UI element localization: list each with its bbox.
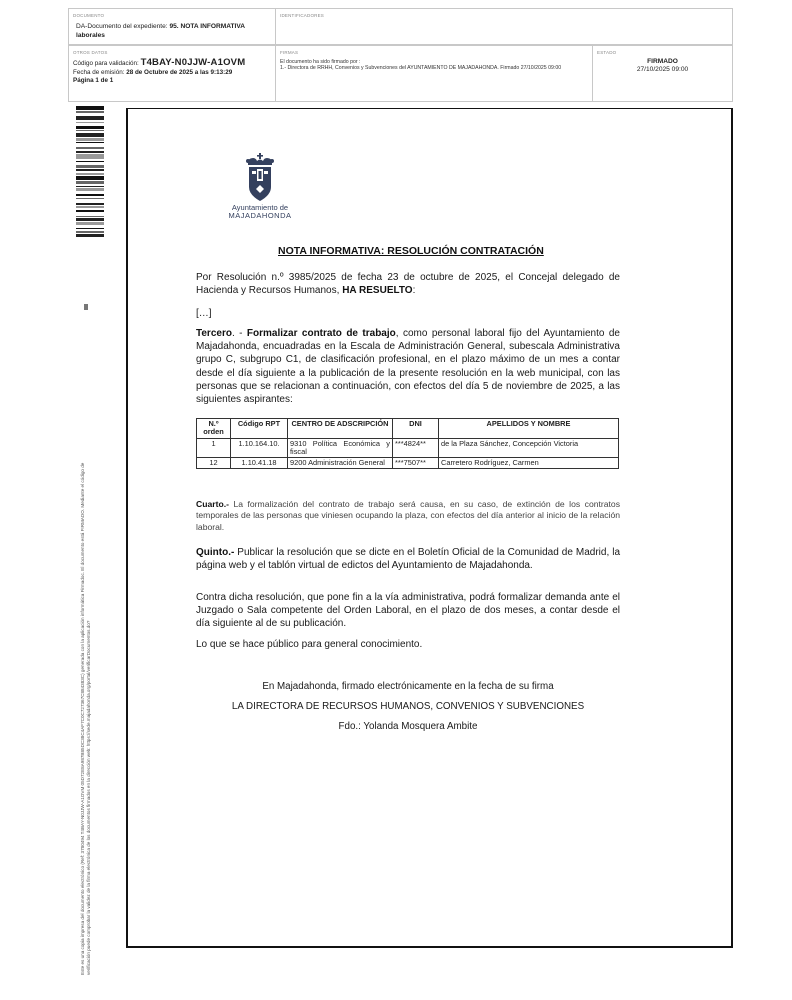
- emission-date-line: Fecha de emisión: 28 de Octubre de 2025 …: [73, 69, 245, 78]
- estado-label: ESTADO: [597, 50, 616, 55]
- status-badge: FIRMADO: [593, 58, 732, 66]
- firmas-line-2: 1.- Directora de RRHH, Convenios y Subve…: [280, 65, 586, 71]
- tercero-text: , como personal laboral fijo del Ayuntam…: [196, 328, 620, 405]
- firmas-cell: FIRMAS El documento ha sido firmado por …: [275, 46, 592, 102]
- cuarto-text: La formalización del contrato de trabajo…: [196, 499, 620, 532]
- ellipsis: […]: [196, 307, 620, 320]
- otros-datos-text: Código para validación: T4BAY-N0JJW-A1OV…: [73, 59, 245, 86]
- verification-line-2: verificación puede comprobar la validez …: [86, 295, 92, 975]
- otros-datos-label: OTROS DATOS: [73, 50, 108, 55]
- emission-value: 28 de Octubre de 2025 a las 9:13:29: [126, 69, 232, 76]
- tercero-label: Tercero: [196, 328, 232, 339]
- metadata-row-document: DOCUMENTO DA-Documento del expediente: 9…: [69, 9, 732, 45]
- cell-nombre: de la Plaza Sánchez, Concepción Victoria: [439, 438, 619, 458]
- intro-paragraph: Por Resolución n.º 3985/2025 de fecha 23…: [196, 271, 620, 297]
- cell-dni: ***4824**: [393, 438, 439, 458]
- col-header-dni: DNI: [393, 419, 439, 439]
- validation-label: Código para validación:: [73, 60, 141, 67]
- page-info-text: Página 1 de 1: [73, 77, 113, 84]
- estado-cell: ESTADO FIRMADO 27/10/2025 09:00: [592, 46, 732, 102]
- status-date: 27/10/2025 09:00: [637, 66, 688, 73]
- barcode-icon: [76, 106, 104, 276]
- emission-label: Fecha de emisión:: [73, 69, 126, 76]
- identificadores-label: IDENTIFICADORES: [280, 13, 324, 18]
- otros-datos-cell: OTROS DATOS Código para validación: T4BA…: [69, 46, 275, 102]
- col-header-nombre: APELLIDOS Y NOMBRE: [439, 419, 619, 439]
- document-title-prefix: DA-Documento del expediente:: [76, 23, 169, 30]
- document-title: DA-Documento del expediente: 95. NOTA IN…: [76, 23, 266, 40]
- signature-place-line: En Majadahonda, firmado electrónicamente…: [196, 681, 620, 692]
- tercero-paragraph: Tercero. - Formalizar contrato de trabaj…: [196, 327, 620, 406]
- verification-vertical-text: Este es una copia impresa del documento …: [80, 295, 91, 975]
- page-title: NOTA INFORMATIVA: RESOLUCIÓN CONTRATACIÓ…: [278, 245, 544, 257]
- appeal-paragraph: Contra dicha resolución, que pone fin a …: [196, 591, 620, 631]
- cell-rpt: 1.10.41.18: [231, 458, 288, 469]
- coat-of-arms-icon: [240, 153, 280, 203]
- validation-code-line: Código para validación: T4BAY-N0JJW-A1OV…: [73, 59, 245, 69]
- cell-dni: ***7507**: [393, 458, 439, 469]
- estado-text: FIRMADO 27/10/2025 09:00: [593, 58, 732, 74]
- cell-orden: 1: [197, 438, 231, 458]
- table-row: 12 1.10.41.18 9200 Administración Genera…: [197, 458, 619, 469]
- firmas-label: FIRMAS: [280, 50, 298, 55]
- metadata-row-details: OTROS DATOS Código para validación: T4BA…: [69, 46, 732, 102]
- table-row: 1 1.10.164.10. 9310 Política Económica y…: [197, 438, 619, 458]
- cuarto-label: Cuarto.-: [196, 499, 229, 509]
- aspirantes-table: N.º orden Código RPT CENTRO DE ADSCRIPCI…: [196, 418, 619, 469]
- table-header-row: N.º orden Código RPT CENTRO DE ADSCRIPCI…: [197, 419, 619, 439]
- signatory-name: Fdo.: Yolanda Mosquera Ambite: [196, 721, 620, 732]
- cell-orden: 12: [197, 458, 231, 469]
- cell-rpt: 1.10.164.10.: [231, 438, 288, 458]
- validation-code: T4BAY-N0JJW-A1OVM: [141, 57, 246, 68]
- public-notice-paragraph: Lo que se hace público para general cono…: [196, 638, 620, 651]
- col-header-rpt: Código RPT: [231, 419, 288, 439]
- quinto-paragraph: Quinto.- Publicar la resolución que se d…: [196, 546, 620, 572]
- signatory-title: LA DIRECTORA DE RECURSOS HUMANOS, CONVEN…: [196, 701, 620, 712]
- document-metadata-box: DOCUMENTO DA-Documento del expediente: 9…: [68, 8, 733, 102]
- cuarto-paragraph: Cuarto.- La formalización del contrato d…: [196, 499, 620, 533]
- quinto-text: Publicar la resolución que se dicte en e…: [196, 547, 620, 571]
- cell-centro: 9310 Política Económica y fiscal: [288, 438, 393, 458]
- document-page: Ayuntamiento de MAJADAHONDA NOTA INFORMA…: [126, 108, 733, 948]
- municipality-logo: Ayuntamiento de MAJADAHONDA: [222, 153, 298, 225]
- page-info: Página 1 de 1: [73, 77, 245, 86]
- quinto-label: Quinto.-: [196, 547, 234, 558]
- tercero-separator: . -: [232, 328, 247, 339]
- intro-bold: HA RESUELTO: [342, 285, 412, 296]
- tercero-bold: Formalizar contrato de trabajo: [247, 328, 396, 339]
- logo-text-line-2: MAJADAHONDA: [222, 212, 298, 220]
- firmas-text: El documento ha sido firmado por : 1.- D…: [280, 59, 586, 71]
- identificadores-cell: IDENTIFICADORES: [275, 9, 732, 44]
- documento-label: DOCUMENTO: [73, 13, 104, 18]
- col-header-orden: N.º orden: [197, 419, 231, 439]
- documento-cell: DOCUMENTO DA-Documento del expediente: 9…: [69, 9, 275, 44]
- intro-end: :: [413, 285, 416, 296]
- cell-nombre: Carretero Rodríguez, Carmen: [439, 458, 619, 469]
- cell-centro: 9200 Administración General: [288, 458, 393, 469]
- col-header-centro: CENTRO DE ADSCRIPCIÓN: [288, 419, 393, 439]
